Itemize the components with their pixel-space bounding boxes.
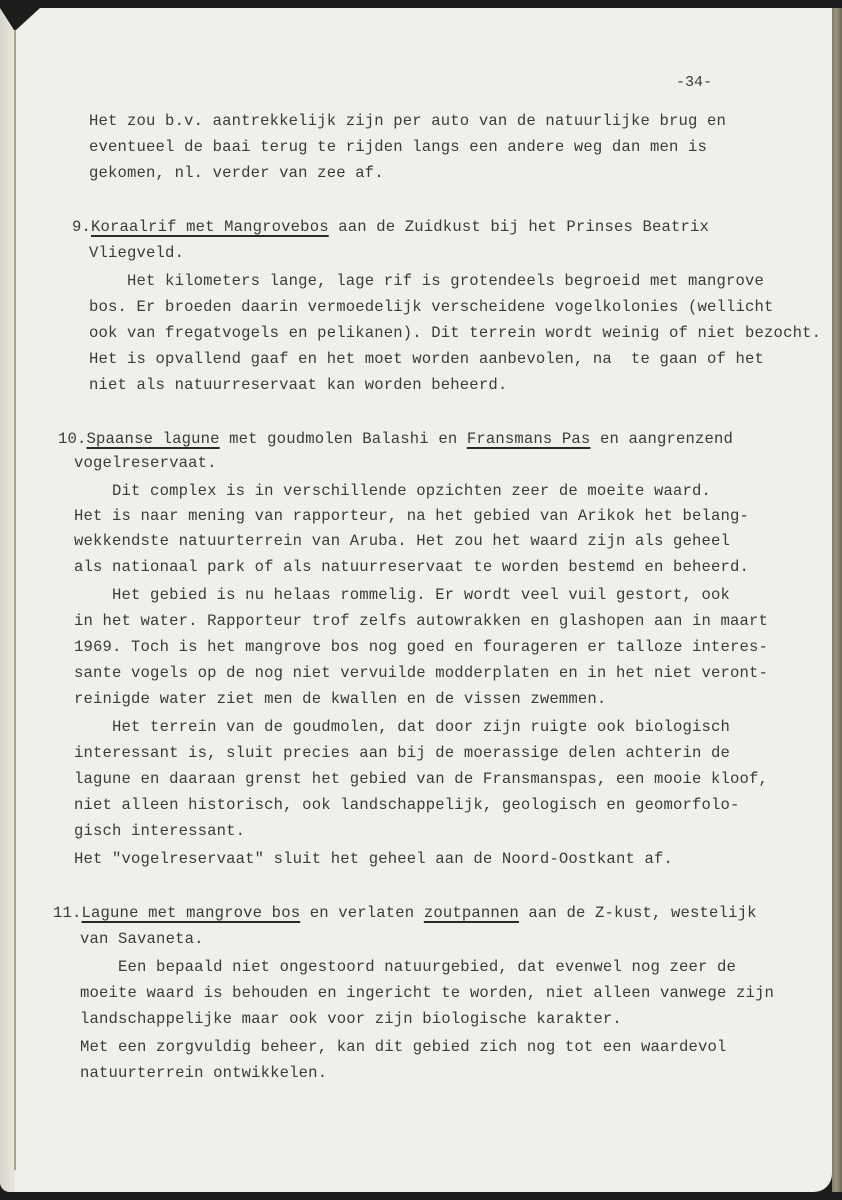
typewritten-page: -34- Het zou b.v. aantrekkelijk zijn per… — [0, 8, 832, 1192]
section-10-heading: 10.Spaanse lagune met goudmolen Balashi … — [58, 428, 733, 450]
section-11-heading: 11.Lagune met mangrove bos en verlaten z… — [53, 902, 757, 924]
section-title-rest: aan de Zuidkust bij het Prinses Beatrix — [329, 218, 709, 236]
body-line: niet als natuurreservaat kan worden behe… — [89, 374, 507, 396]
page-number: -34- — [676, 74, 712, 91]
section-10-heading-cont: vogelreservaat. — [74, 452, 217, 474]
intro-line: eventueel de baai terug te rijden langs … — [89, 136, 707, 158]
section-title-underlined: Koraalrif met Mangrovebos — [91, 218, 329, 236]
section-number: 10. — [58, 430, 87, 448]
body-line: wekkendste natuurterrein van Aruba. Het … — [74, 530, 730, 552]
body-line: Het gebied is nu helaas rommelig. Er wor… — [74, 584, 730, 606]
body-line: Het kilometers lange, lage rif is groten… — [89, 270, 764, 292]
body-line: 1969. Toch is het mangrove bos nog goed … — [74, 636, 768, 658]
binding-crease — [14, 26, 16, 1170]
section-number: 11. — [53, 904, 82, 922]
body-line: reinigde water ziet men de kwallen en de… — [74, 688, 606, 710]
section-title-mid: met goudmolen Balashi en — [220, 430, 467, 448]
intro-line: gekomen, nl. verder van zee af. — [89, 162, 384, 184]
intro-line: Het zou b.v. aantrekkelijk zijn per auto… — [89, 110, 726, 132]
section-9-heading: 9.Koraalrif met Mangrovebos aan de Zuidk… — [72, 216, 709, 238]
body-line: gisch interessant. — [74, 820, 245, 842]
page-binding — [0, 8, 15, 1192]
body-line: sante vogels op de nog niet vervuilde mo… — [74, 662, 768, 684]
body-line: bos. Er broeden daarin vermoedelijk vers… — [89, 296, 774, 318]
body-line: als nationaal park of als natuurreservaa… — [74, 556, 749, 578]
section-title-rest: en aangrenzend — [590, 430, 733, 448]
body-line: niet alleen historisch, ook landschappel… — [74, 794, 740, 816]
body-line: Het terrein van de goudmolen, dat door z… — [74, 716, 730, 738]
section-title-underlined-2: zoutpannen — [424, 904, 519, 922]
body-line: natuurterrein ontwikkelen. — [80, 1062, 327, 1084]
page-stack-edge — [832, 8, 842, 1192]
body-line: lagune en daaraan grenst het gebied van … — [74, 768, 768, 790]
body-line: Dit complex is in verschillende opzichte… — [74, 480, 711, 502]
section-title-mid: en verlaten — [300, 904, 424, 922]
body-line: Het "vogelreservaat" sluit het geheel aa… — [74, 848, 673, 870]
section-11-heading-cont: van Savaneta. — [80, 928, 204, 950]
section-title-underlined: Lagune met mangrove bos — [82, 904, 301, 922]
section-number: 9. — [72, 218, 91, 236]
section-title-rest: aan de Z-kust, westelijk — [519, 904, 757, 922]
body-line: moeite waard is behouden en ingericht te… — [80, 982, 774, 1004]
body-line: Het is naar mening van rapporteur, na he… — [74, 505, 749, 527]
document-scan: -34- Het zou b.v. aantrekkelijk zijn per… — [0, 0, 842, 1200]
section-title-underlined: Spaanse lagune — [87, 430, 220, 448]
body-line: in het water. Rapporteur trof zelfs auto… — [74, 610, 768, 632]
body-line: interessant is, sluit precies aan bij de… — [74, 742, 730, 764]
body-line: Met een zorgvuldig beheer, kan dit gebie… — [80, 1036, 727, 1058]
body-line: landschappelijke maar ook voor zijn biol… — [80, 1008, 622, 1030]
section-title-underlined-2: Fransmans Pas — [467, 430, 591, 448]
body-line: ook van fregatvogels en pelikanen). Dit … — [89, 322, 821, 344]
section-9-heading-cont: Vliegveld. — [89, 242, 184, 264]
body-line: Het is opvallend gaaf en het moet worden… — [89, 348, 764, 370]
body-line: Een bepaald niet ongestoord natuurgebied… — [80, 956, 736, 978]
